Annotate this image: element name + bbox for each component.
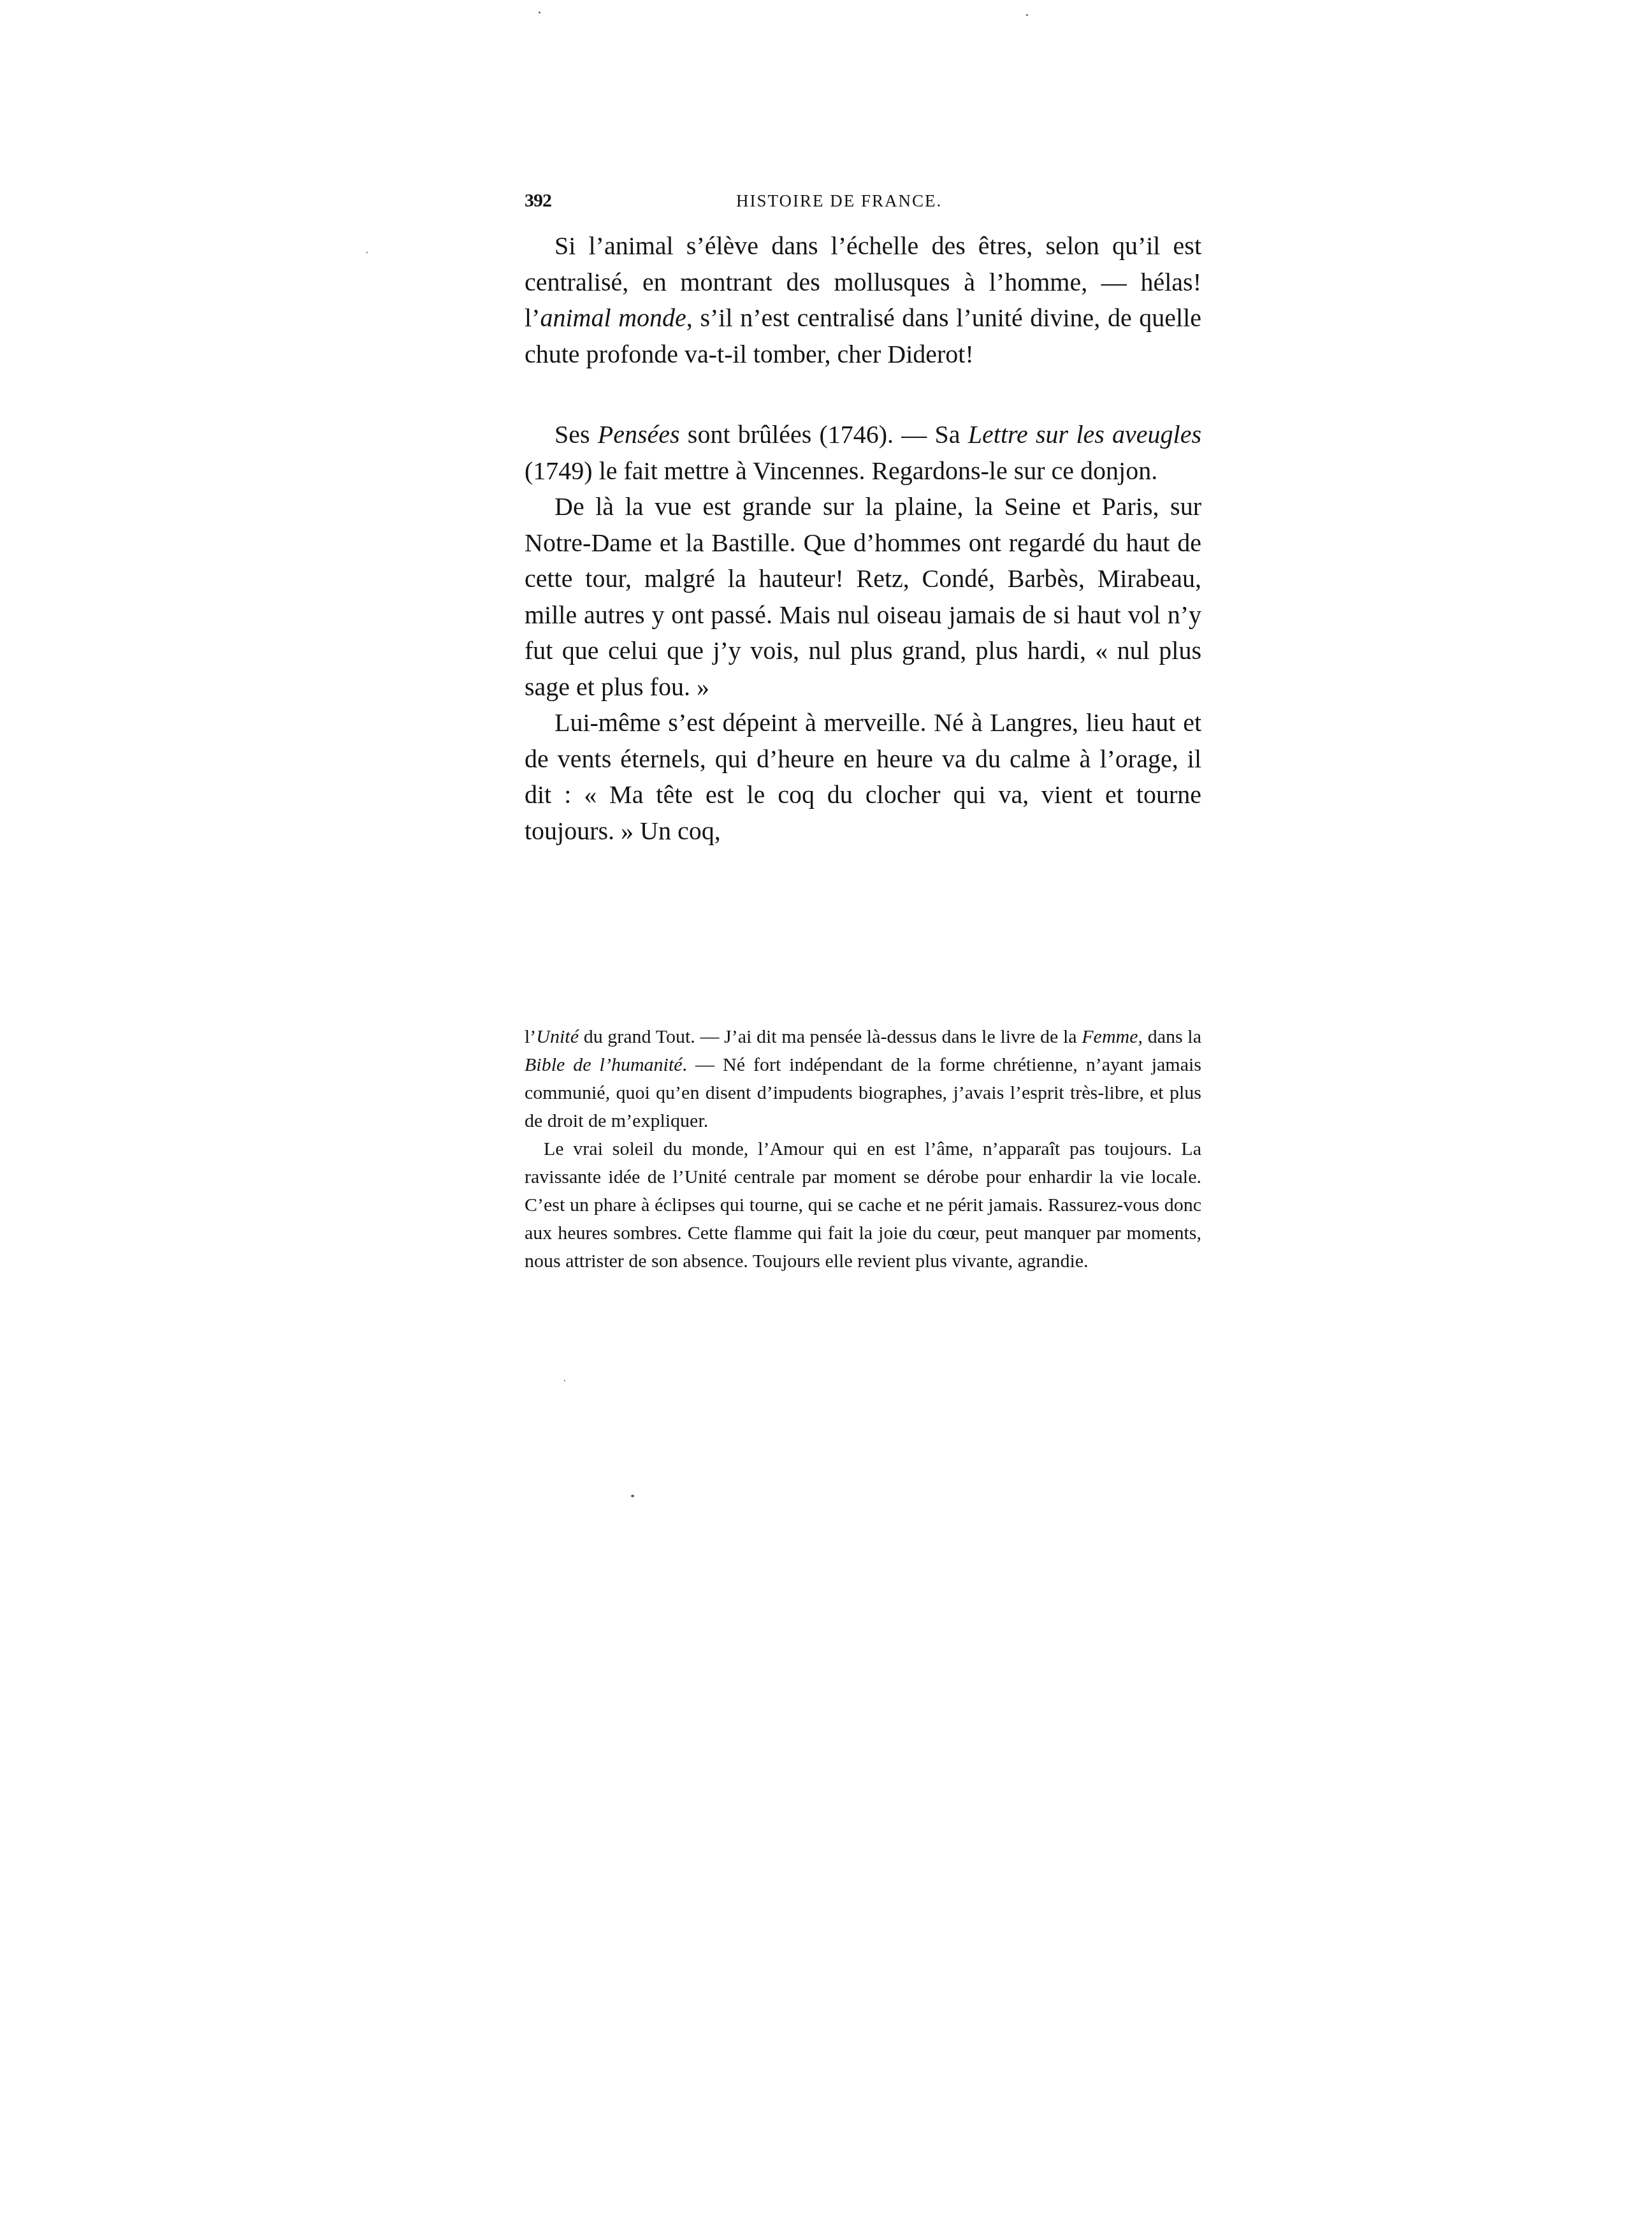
italic-text: Pensées (598, 420, 680, 449)
italic-text: Lettre sur les aveugles (968, 420, 1201, 449)
text-run: l’ (525, 1026, 536, 1047)
text-run: (1749) le fait mettre à Vincennes. Regar… (525, 456, 1157, 485)
scan-speck (539, 11, 540, 13)
section-gap (525, 372, 1201, 417)
running-title: HISTOIRE DE FRANCE. (736, 191, 942, 211)
text-run: sont brûlées (1746). — Sa (680, 420, 968, 449)
italic-text: Unité (536, 1026, 579, 1047)
text-run: Ses (554, 420, 598, 449)
italic-text: animal monde (540, 303, 686, 332)
paragraph: De là la vue est grande sur la plaine, l… (525, 489, 1201, 705)
text-run: , dans la (1138, 1026, 1201, 1047)
footnote-paragraph: l’Unité du grand Tout. — J’ai dit ma pen… (525, 1023, 1201, 1135)
text-run: Le vrai soleil du monde, l’Amour qui en … (525, 1138, 1201, 1272)
scan-speck (366, 252, 368, 253)
text-run: du grand Tout. — J’ai dit ma pensée là-d… (579, 1026, 1082, 1047)
footnotes: l’Unité du grand Tout. — J’ai dit ma pen… (525, 1023, 1201, 1275)
book-page: 392 HISTOIRE DE FRANCE. Si l’animal s’él… (0, 0, 1652, 2236)
scan-speck (631, 1495, 634, 1497)
paragraph: Ses Pensées sont brûlées (1746). — Sa Le… (525, 417, 1201, 489)
text-run: De là la vue est grande sur la plaine, l… (525, 492, 1201, 701)
page-number: 392 (525, 190, 551, 212)
italic-text: Bible de l’humanité (525, 1054, 683, 1075)
scan-speck (564, 1380, 565, 1381)
footnote-paragraph: Le vrai soleil du monde, l’Amour qui en … (525, 1135, 1201, 1275)
page-header: 392 HISTOIRE DE FRANCE. (525, 190, 1201, 215)
italic-text: Femme (1082, 1026, 1138, 1047)
paragraph: Lui-même s’est dépeint à merveille. Né à… (525, 705, 1201, 849)
scan-speck (1026, 14, 1028, 16)
main-text: Si l’animal s’élève dans l’échelle des ê… (525, 228, 1201, 849)
text-run: Lui-même s’est dépeint à merveille. Né à… (525, 708, 1201, 845)
paragraph: Si l’animal s’élève dans l’échelle des ê… (525, 228, 1201, 372)
